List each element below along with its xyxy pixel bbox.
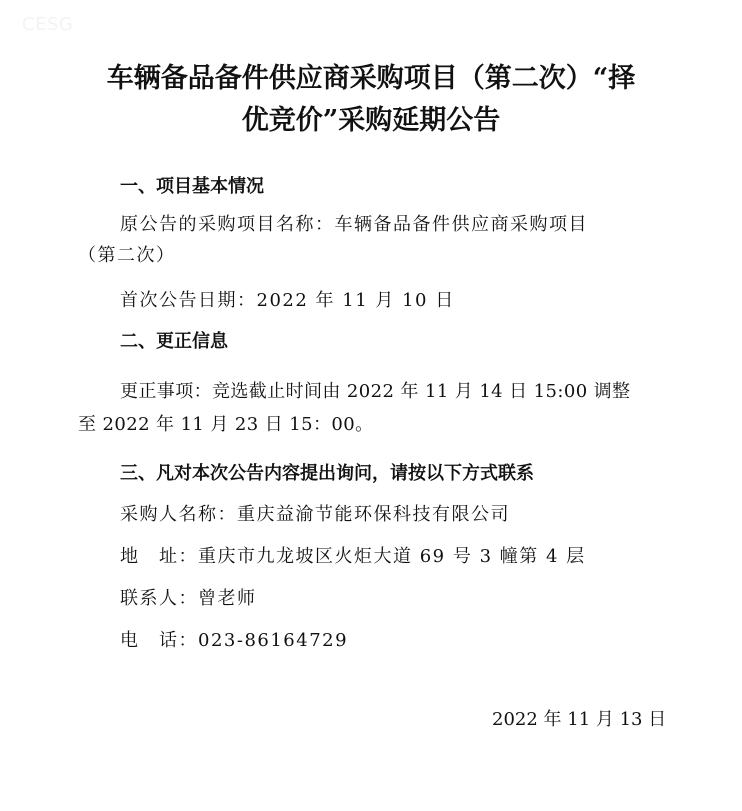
address: 地 址：重庆市九龙坡区火炬大道 69 号 3 幢第 4 层 xyxy=(120,542,586,568)
announcement-date: 2022 年 11 月 13 日 xyxy=(492,705,666,731)
title-line-1: 车辆备品备件供应商采购项目（第二次）“择 xyxy=(0,58,742,100)
title-line-2: 优竞价”采购延期公告 xyxy=(0,100,742,142)
correction-line: 更正事项：竞选截止时间由 2022 年 11 月 14 日 15:00 调整 xyxy=(120,377,630,403)
section-heading-correction: 二、更正信息 xyxy=(120,327,228,353)
section-heading-basic-info: 一、项目基本情况 xyxy=(120,172,264,198)
purchaser-name: 采购人名称：重庆益渝节能环保科技有限公司 xyxy=(120,500,510,526)
section-heading-contact: 三、凡对本次公告内容提出询问，请按以下方式联系 xyxy=(120,459,534,485)
project-name-line-continued: （第二次） xyxy=(78,241,176,267)
project-name-line: 原公告的采购项目名称：车辆备品备件供应商采购项目 xyxy=(120,210,588,236)
phone: 电 话：023-86164729 xyxy=(120,626,348,652)
watermark-logo: CESG xyxy=(22,14,73,35)
page-title: 车辆备品备件供应商采购项目（第二次）“择 优竞价”采购延期公告 xyxy=(0,58,742,142)
first-announcement-date: 首次公告日期：2022 年 11 月 10 日 xyxy=(120,286,455,312)
correction-line-continued: 至 2022 年 11 月 23 日 15：00。 xyxy=(78,410,373,436)
contact-person: 联系人：曾老师 xyxy=(120,584,257,610)
